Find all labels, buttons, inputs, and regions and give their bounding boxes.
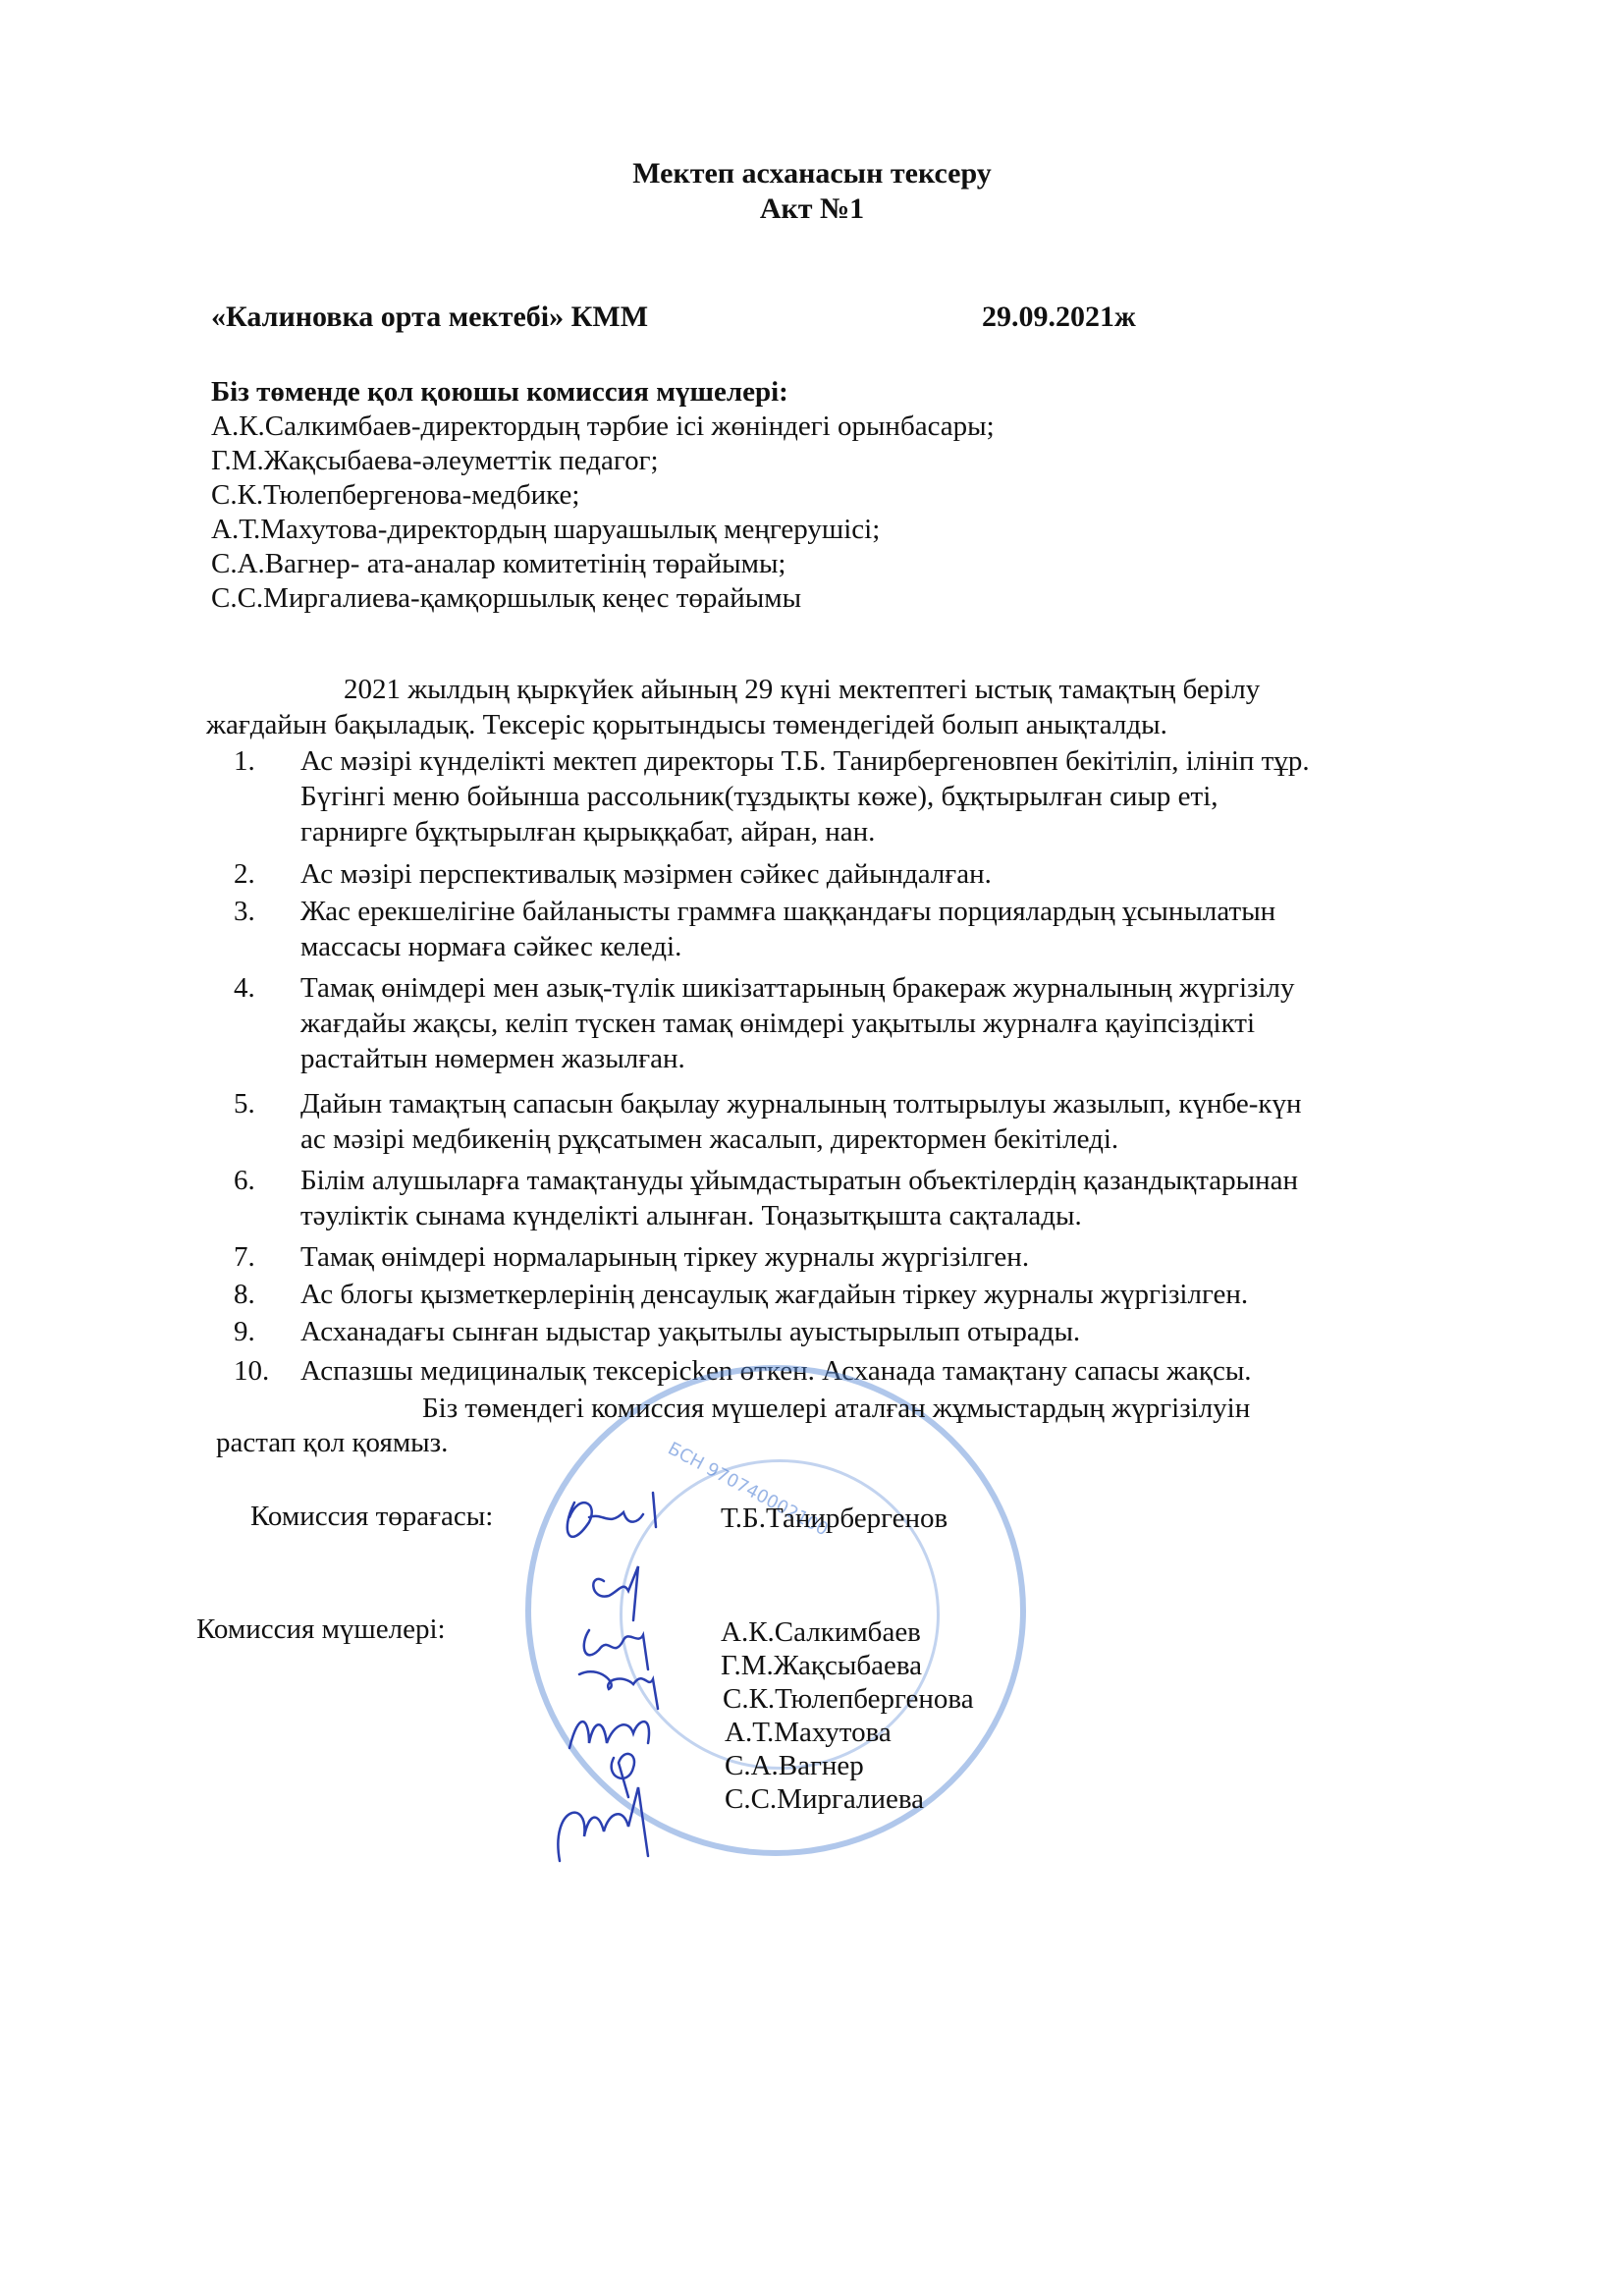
commission-member: С.К.Тюлепбергенова-медбике; [211,479,579,512]
finding-number: 1. [234,743,293,779]
finding-line: тәуліктік сынама күнделікті алынған. Тоң… [300,1198,1459,1233]
finding-line: массасы нормаға сәйкес келеді. [300,929,1459,964]
intro-paragraph-line: жағдайын бақыладық. Тексеріс қорытындысы… [206,709,1167,741]
intro-paragraph-line: 2021 жылдың қыркүйек айының 29 күні мект… [344,674,1260,706]
member-signature-name: А.Т.Махутова [725,1717,892,1749]
commission-member: А.Т.Махутова-директордың шаруашылық меңг… [211,514,880,546]
finding-line: гарнирге бұқтырылған қырыққабат, айран, … [300,814,1459,849]
finding-number: 2. [234,856,293,892]
document-date: 29.09.2021ж [982,301,1136,334]
finding-number: 9. [234,1314,293,1349]
finding-line: Ас мәзірі перспективалық мәзірмен сәйкес… [300,856,1459,892]
finding-line: Тамақ өнімдері нормаларының тіркеу журна… [300,1239,1459,1275]
finding-line: Дайын тамақтың сапасын бақылау журналыны… [300,1086,1459,1121]
finding-number: 3. [234,894,293,929]
commission-member: А.К.Салкимбаев-директордың тәрбие ісі жө… [211,410,995,443]
commission-member: С.С.Миргалиева-қамқоршылық кеңес төрайым… [211,582,801,615]
finding-line: растайтын нөмермен жазылған. [300,1041,1459,1076]
member-signature-name: А.К.Салкимбаев [721,1616,921,1649]
member-signature-name: С.А.Вагнер [725,1750,864,1782]
finding-line: жағдайы жақсы, келіп түскен тамақ өнімде… [300,1006,1459,1041]
finding-line: Ас блогы қызметкерлерінің денсаулық жағд… [300,1277,1459,1312]
document-title: Мектеп асханасын тексеру [0,157,1624,191]
closing-paragraph-line: растап қол қоямыз. [216,1427,448,1459]
finding-line: Білім алушыларға тамақтануды ұйымдастыра… [300,1163,1459,1198]
chair-label: Комиссия төрағасы: [250,1501,493,1533]
finding-number: 10. [234,1353,293,1389]
member-signature-name: Г.М.Жақсыбаева [721,1650,922,1682]
finding-line: Аспазшы медициналық тексерісken өткен. А… [300,1353,1459,1389]
closing-paragraph-line: Біз төмендегі комиссия мүшелері аталған … [422,1393,1250,1425]
member-signature-name: С.К.Тюлепбергенова [723,1683,974,1716]
finding-line: Тамақ өнімдері мен азық-түлік шикізаттар… [300,970,1459,1006]
member-signature-name: С.С.Миргалиева [725,1783,924,1816]
commission-heading: Біз төменде қол қоюшы комиссия мүшелері: [211,376,788,409]
finding-number: 7. [234,1239,293,1275]
members-label: Комиссия мүшелері: [196,1613,446,1646]
finding-number: 8. [234,1277,293,1312]
finding-line: Ас мәзірі күнделікті мектеп директоры Т.… [300,743,1459,779]
finding-line: Асханадағы сынған ыдыстар уақытылы ауыст… [300,1314,1459,1349]
finding-line: Бүгінгі меню бойынша рассольник(тұздықты… [300,779,1459,814]
finding-number: 6. [234,1163,293,1198]
act-number: Акт №1 [0,192,1624,226]
organization-name: «Калиновка орта мектебі» КММ [211,301,648,334]
finding-line: Жас ерекшелігіне байланысты граммға шаққ… [300,894,1459,929]
finding-number: 4. [234,970,293,1006]
chair-name: Т.Б.Танирбергенов [721,1503,947,1535]
handwritten-signatures [530,1473,727,1866]
commission-member: Г.М.Жақсыбаева-әлеуметтік педагог; [211,445,659,477]
finding-line: ас мәзірі медбикенің рұқсатымен жасалып,… [300,1121,1459,1157]
finding-number: 5. [234,1086,293,1121]
commission-member: С.А.Вагнер- ата-аналар комитетінің төрай… [211,548,785,580]
